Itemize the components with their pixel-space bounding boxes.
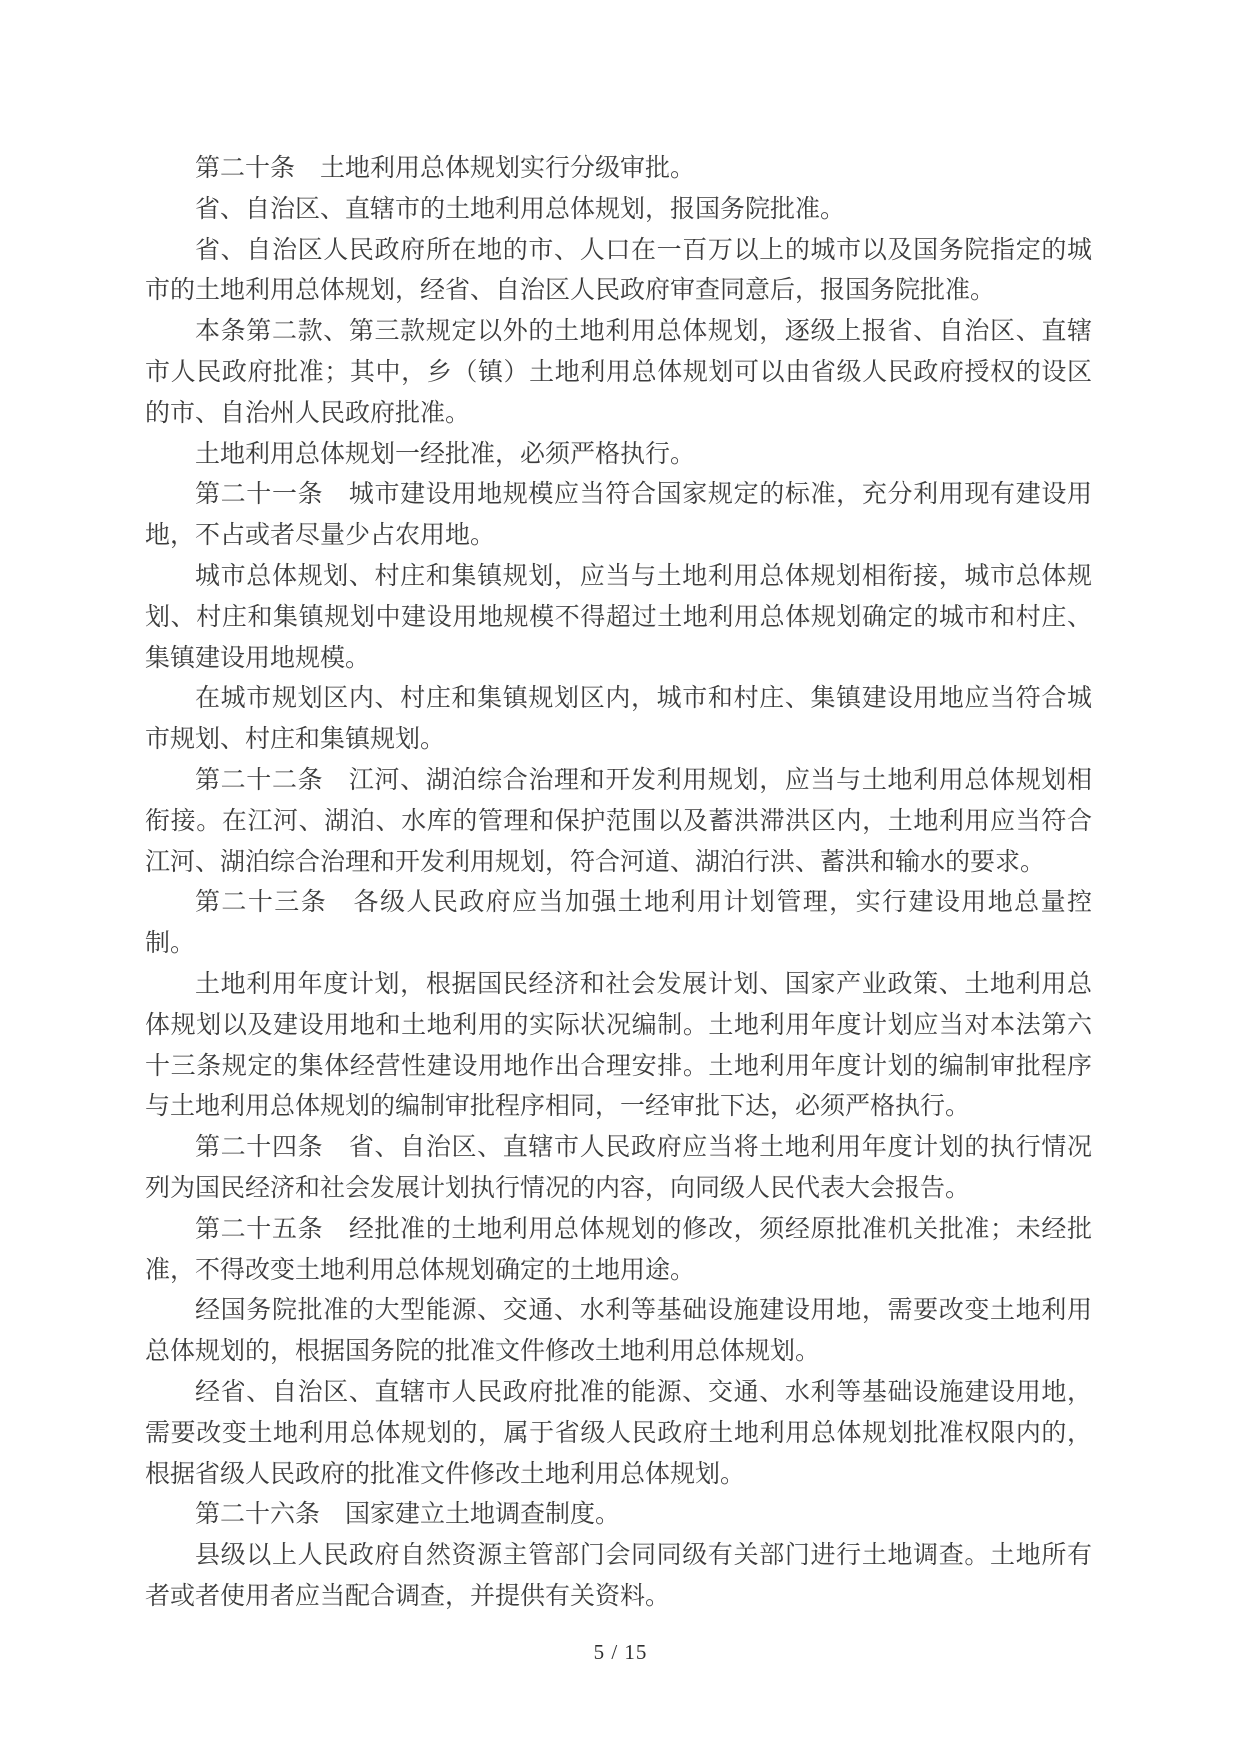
paragraph: 第二十一条 城市建设用地规模应当符合国家规定的标准，充分利用现有建设用地，不占或… — [145, 475, 1092, 557]
paragraph: 第二十六条 国家建立土地调查制度。 — [145, 1495, 1092, 1536]
paragraph: 本条第二款、第三款规定以外的土地利用总体规划，逐级上报省、自治区、直辖市人民政府… — [145, 312, 1092, 434]
paragraph: 在城市规划区内、村庄和集镇规划区内，城市和村庄、集镇建设用地应当符合城市规划、村… — [145, 679, 1092, 761]
document-body: 第二十条 土地利用总体规划实行分级审批。省、自治区、直辖市的土地利用总体规划，报… — [145, 149, 1092, 1618]
paragraph: 经省、自治区、直辖市人民政府批准的能源、交通、水利等基础设施建设用地，需要改变土… — [145, 1373, 1092, 1495]
paragraph: 第二十五条 经批准的土地利用总体规划的修改，须经原批准机关批准；未经批准，不得改… — [145, 1210, 1092, 1292]
paragraph: 县级以上人民政府自然资源主管部门会同同级有关部门进行土地调查。土地所有者或者使用… — [145, 1536, 1092, 1618]
paragraph: 第二十二条 江河、湖泊综合治理和开发利用规划，应当与土地利用总体规划相衔接。在江… — [145, 761, 1092, 883]
paragraph: 土地利用总体规划一经批准，必须严格执行。 — [145, 435, 1092, 476]
paragraph: 第二十条 土地利用总体规划实行分级审批。 — [145, 149, 1092, 190]
paragraph: 城市总体规划、村庄和集镇规划，应当与土地利用总体规划相衔接，城市总体规划、村庄和… — [145, 557, 1092, 679]
page-number-indicator: 5 / 15 — [0, 1640, 1241, 1665]
paragraph: 第二十四条 省、自治区、直辖市人民政府应当将土地利用年度计划的执行情况列为国民经… — [145, 1128, 1092, 1210]
paragraph: 省、自治区人民政府所在地的市、人口在一百万以上的城市以及国务院指定的城市的土地利… — [145, 231, 1092, 313]
paragraph: 第二十三条 各级人民政府应当加强土地利用计划管理，实行建设用地总量控制。 — [145, 883, 1092, 965]
paragraph: 土地利用年度计划，根据国民经济和社会发展计划、国家产业政策、土地利用总体规划以及… — [145, 965, 1092, 1128]
paragraph: 省、自治区、直辖市的土地利用总体规划，报国务院批准。 — [145, 190, 1092, 231]
document-page: 第二十条 土地利用总体规划实行分级审批。省、自治区、直辖市的土地利用总体规划，报… — [0, 0, 1241, 1754]
paragraph: 经国务院批准的大型能源、交通、水利等基础设施建设用地，需要改变土地利用总体规划的… — [145, 1291, 1092, 1373]
